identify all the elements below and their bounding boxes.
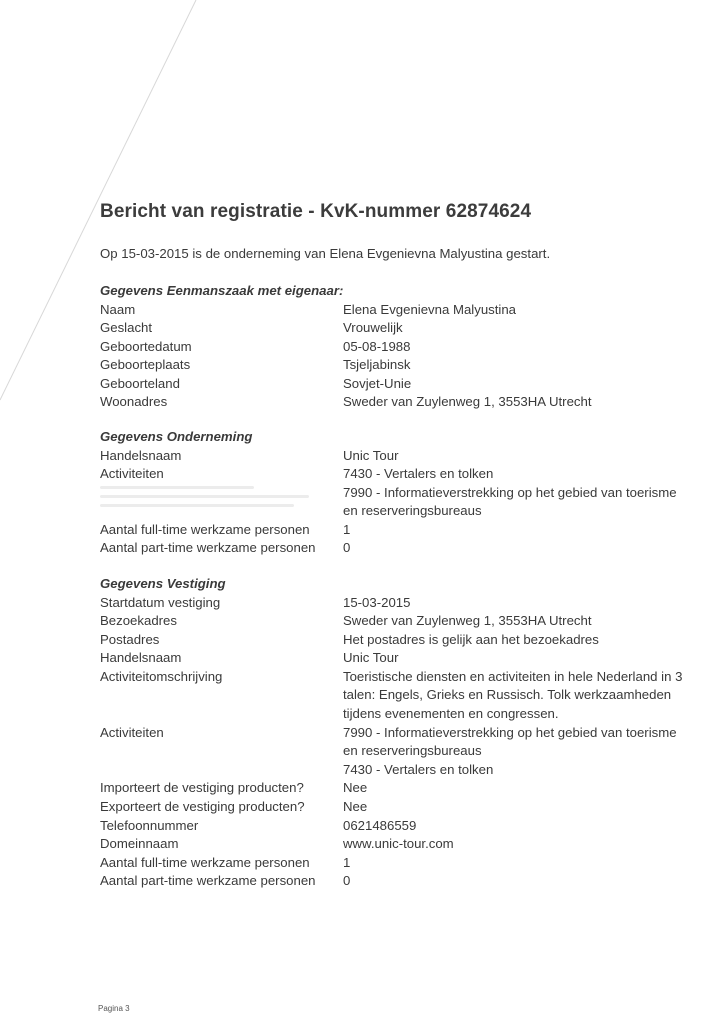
field-value: 1: [343, 521, 700, 540]
field-value: 0: [343, 539, 700, 558]
field-value-line: Sweder van Zuylenweg 1, 3553HA Utrecht: [343, 393, 700, 412]
field-value-line: 0621486559: [343, 817, 700, 836]
field-value: www.unic-tour.com: [343, 835, 700, 854]
section-vestiging: Gegevens Vestiging Startdatum vestiging1…: [100, 575, 700, 891]
field-label: Geboorteplaats: [100, 356, 343, 375]
field-value: 0: [343, 872, 700, 891]
field-row: Aantal part-time werkzame personen0: [100, 539, 700, 558]
field-value: Nee: [343, 798, 700, 817]
field-value: Sweder van Zuylenweg 1, 3553HA Utrecht: [343, 612, 700, 631]
field-value-line: 0: [343, 872, 700, 891]
field-value: Sweder van Zuylenweg 1, 3553HA Utrecht: [343, 393, 700, 412]
field-row: Aantal full-time werkzame personen1: [100, 521, 700, 540]
field-value-line: talen: Engels, Grieks en Russisch. Tolk …: [343, 686, 700, 705]
field-value-line: Nee: [343, 798, 700, 817]
field-value-line: Nee: [343, 779, 700, 798]
field-label: Telefoonnummer: [100, 817, 343, 836]
field-value: 7430 - Vertalers en tolken7990 - Informa…: [343, 465, 700, 521]
field-row: NaamElena Evgenievna Malyustina: [100, 301, 700, 320]
field-row: HandelsnaamUnic Tour: [100, 447, 700, 466]
field-value: 15-03-2015: [343, 594, 700, 613]
field-label: Importeert de vestiging producten?: [100, 779, 343, 798]
field-row: Activiteiten7990 - Informatieverstrekkin…: [100, 724, 700, 780]
field-label: Aantal part-time werkzame personen: [100, 539, 343, 558]
field-value-line: Elena Evgenievna Malyustina: [343, 301, 700, 320]
field-value: Het postadres is gelijk aan het bezoekad…: [343, 631, 700, 650]
field-value-line: 15-03-2015: [343, 594, 700, 613]
field-row: Startdatum vestiging15-03-2015: [100, 594, 700, 613]
field-value-line: 7990 - Informatieverstrekking op het geb…: [343, 484, 700, 503]
field-value: 7990 - Informatieverstrekking op het geb…: [343, 724, 700, 780]
field-row: Aantal full-time werkzame personen1: [100, 854, 700, 873]
field-label: Naam: [100, 301, 343, 320]
field-value-line: en reserveringsbureaus: [343, 502, 700, 521]
field-value: Sovjet-Unie: [343, 375, 700, 394]
field-value-line: Het postadres is gelijk aan het bezoekad…: [343, 631, 700, 650]
field-row: Activiteiten7430 - Vertalers en tolken79…: [100, 465, 700, 521]
field-value-line: Vrouwelijk: [343, 319, 700, 338]
field-label: Postadres: [100, 631, 343, 650]
field-label: Aantal full-time werkzame personen: [100, 521, 343, 540]
field-value-line: en reserveringsbureaus: [343, 742, 700, 761]
field-row: GeslachtVrouwelijk: [100, 319, 700, 338]
field-value-line: 7430 - Vertalers en tolken: [343, 465, 700, 484]
field-value: 05-08-1988: [343, 338, 700, 357]
field-row: WoonadresSweder van Zuylenweg 1, 3553HA …: [100, 393, 700, 412]
field-row: GeboorteplaatsTsjeljabinsk: [100, 356, 700, 375]
field-value-line: 1: [343, 854, 700, 873]
field-label: Bezoekadres: [100, 612, 343, 631]
field-value: Unic Tour: [343, 447, 700, 466]
field-value: Tsjeljabinsk: [343, 356, 700, 375]
field-label: Exporteert de vestiging producten?: [100, 798, 343, 817]
page-number: Pagina 3: [98, 1004, 130, 1013]
field-row: Aantal part-time werkzame personen0: [100, 872, 700, 891]
field-value-line: Sovjet-Unie: [343, 375, 700, 394]
section-eigenaar: Gegevens Eenmanszaak met eigenaar: NaamE…: [100, 282, 700, 412]
field-label: Activiteitomschrijving: [100, 668, 343, 724]
field-label: Aantal part-time werkzame personen: [100, 872, 343, 891]
field-row: Importeert de vestiging producten?Nee: [100, 779, 700, 798]
field-value-line: Sweder van Zuylenweg 1, 3553HA Utrecht: [343, 612, 700, 631]
section-heading: Gegevens Onderneming: [100, 428, 700, 447]
field-value-line: 1: [343, 521, 700, 540]
field-row: HandelsnaamUnic Tour: [100, 649, 700, 668]
field-value: Nee: [343, 779, 700, 798]
field-label: Geboorteland: [100, 375, 343, 394]
field-value: Unic Tour: [343, 649, 700, 668]
field-value: Toeristische diensten en activiteiten in…: [343, 668, 700, 724]
field-row: Exporteert de vestiging producten?Nee: [100, 798, 700, 817]
field-row: Geboortedatum05-08-1988: [100, 338, 700, 357]
document-title: Bericht van registratie - KvK-nummer 628…: [100, 201, 531, 223]
field-row: Telefoonnummer0621486559: [100, 817, 700, 836]
section-onderneming: Gegevens Onderneming HandelsnaamUnic Tou…: [100, 428, 700, 558]
field-value: 1: [343, 854, 700, 873]
field-label: Handelsnaam: [100, 649, 343, 668]
intro-text: Op 15-03-2015 is de onderneming van Elen…: [100, 246, 550, 261]
field-row: ActiviteitomschrijvingToeristische diens…: [100, 668, 700, 724]
field-value-line: Toeristische diensten en activiteiten in…: [343, 668, 700, 687]
field-label: Aantal full-time werkzame personen: [100, 854, 343, 873]
field-value-line: www.unic-tour.com: [343, 835, 700, 854]
field-label: Geslacht: [100, 319, 343, 338]
field-value-line: 7990 - Informatieverstrekking op het geb…: [343, 724, 700, 743]
field-value: 0621486559: [343, 817, 700, 836]
field-value-line: 0: [343, 539, 700, 558]
field-value-line: Unic Tour: [343, 447, 700, 466]
field-label: Woonadres: [100, 393, 343, 412]
field-label: Startdatum vestiging: [100, 594, 343, 613]
section-heading: Gegevens Vestiging: [100, 575, 700, 594]
field-label: Domeinnaam: [100, 835, 343, 854]
field-row: BezoekadresSweder van Zuylenweg 1, 3553H…: [100, 612, 700, 631]
field-label: Geboortedatum: [100, 338, 343, 357]
field-label: Activiteiten: [100, 465, 343, 521]
field-value-line: tijdens evenementen en congressen.: [343, 705, 700, 724]
field-row: Domeinnaamwww.unic-tour.com: [100, 835, 700, 854]
field-row: GeboortelandSovjet-Unie: [100, 375, 700, 394]
field-value: Vrouwelijk: [343, 319, 700, 338]
section-heading: Gegevens Eenmanszaak met eigenaar:: [100, 282, 700, 301]
field-value-line: 05-08-1988: [343, 338, 700, 357]
field-value-line: Unic Tour: [343, 649, 700, 668]
field-value-line: 7430 - Vertalers en tolken: [343, 761, 700, 780]
field-value: Elena Evgenievna Malyustina: [343, 301, 700, 320]
field-value-line: Tsjeljabinsk: [343, 356, 700, 375]
field-row: PostadresHet postadres is gelijk aan het…: [100, 631, 700, 650]
field-label: Activiteiten: [100, 724, 343, 780]
field-label: Handelsnaam: [100, 447, 343, 466]
